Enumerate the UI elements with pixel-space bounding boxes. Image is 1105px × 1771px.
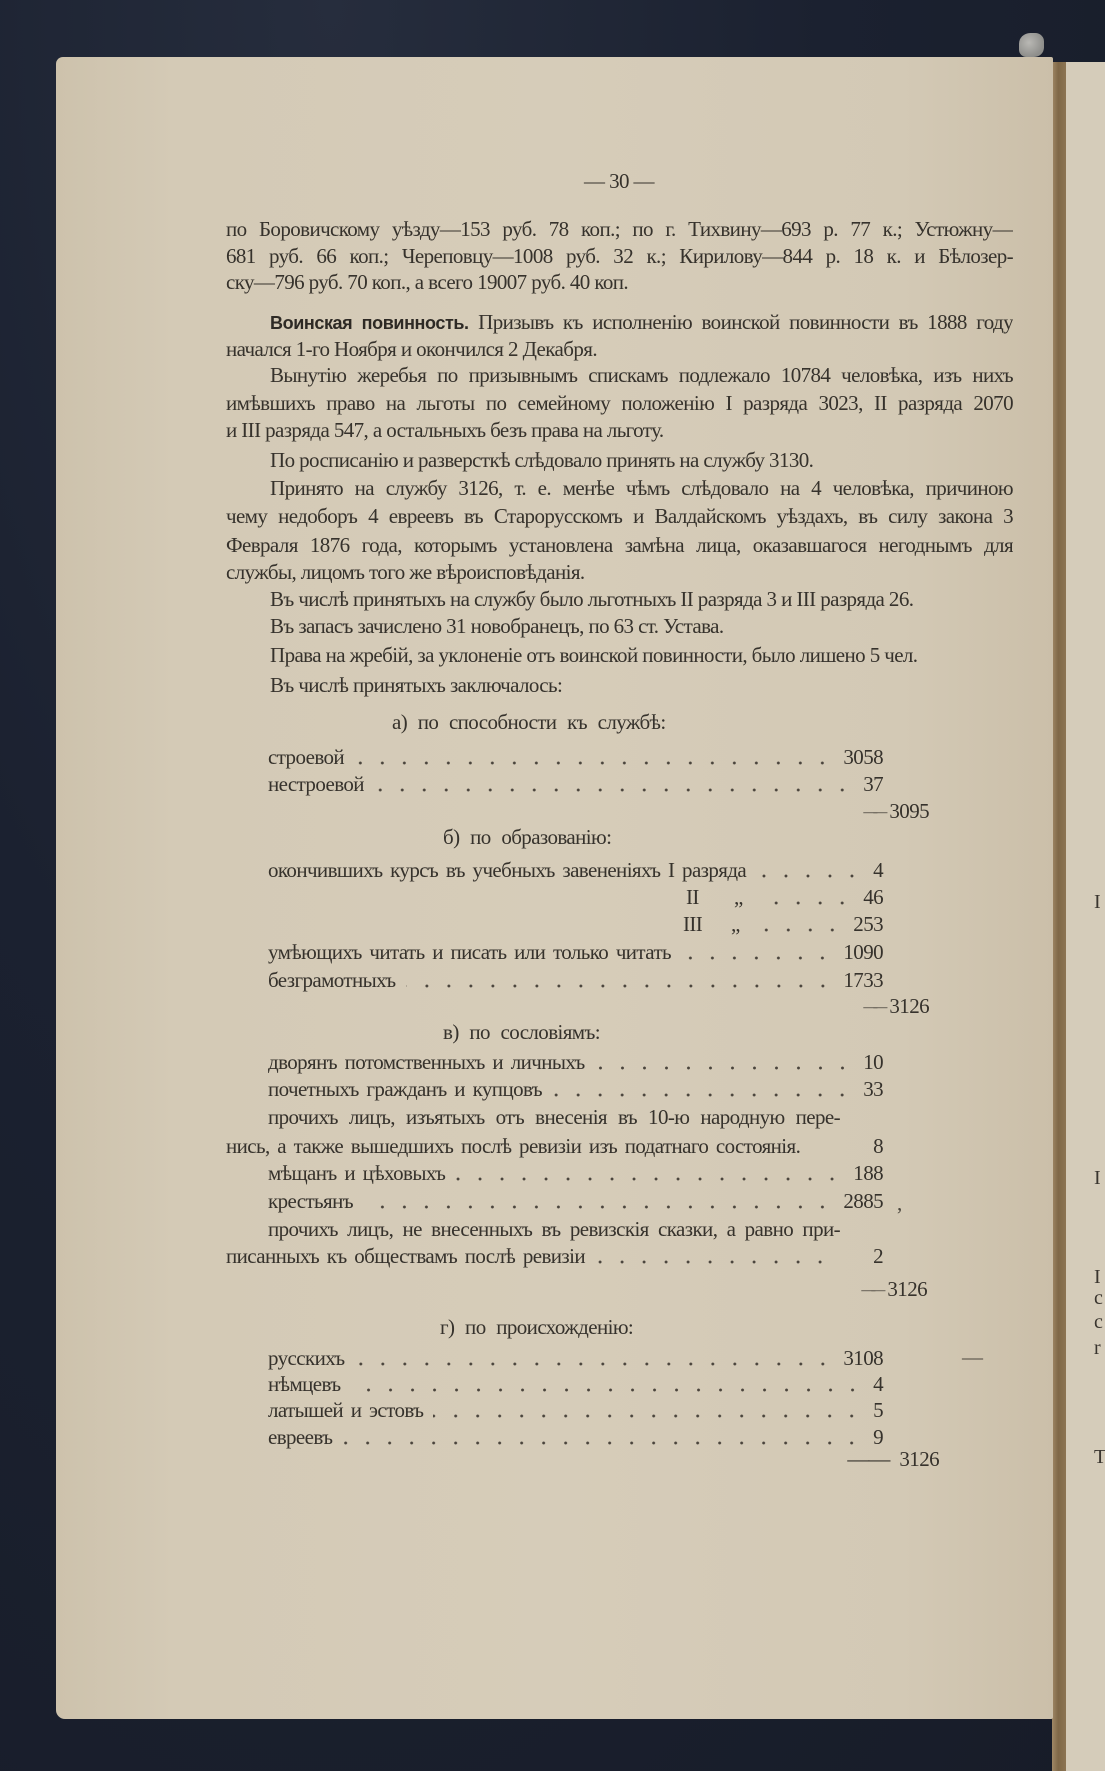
total-value: 3126 (899, 1447, 939, 1471)
row-value: 4 (873, 856, 883, 884)
row-value: 5 (873, 1396, 883, 1424)
table-row: нѣмцевъ 4 (268, 1370, 883, 1398)
ditto-mark: „ (731, 910, 751, 938)
total-value: 3126 (887, 1277, 927, 1301)
row-roman-numeral: II (686, 883, 734, 911)
table-row: безграмотныхъ 1733 (268, 966, 883, 994)
dot-leader (363, 1187, 835, 1215)
adjacent-page-fragment: r (1094, 1336, 1101, 1360)
page-number: — 30 — (569, 167, 669, 195)
table-row: писанныхъ къ обществамъ послѣ ревизіи 2 (226, 1242, 883, 1270)
section-total: ——3126 (847, 1445, 939, 1473)
paragraph-line: Права на жребій, за уклоненіе отъ воинск… (270, 641, 917, 669)
dot-leader (374, 770, 855, 798)
dot-leader (355, 1344, 836, 1372)
row-value: 2 (873, 1242, 883, 1270)
table-row: нестроевой 37 (268, 770, 883, 798)
row-value: 3058 (843, 743, 883, 771)
table-row: строевой 3058 (268, 743, 883, 771)
dot-leader (595, 1242, 833, 1270)
total-rule: —— (863, 799, 883, 827)
dot-leader (761, 910, 845, 938)
paragraph-line: По росписанію и разверсткѣ слѣдовало при… (270, 446, 813, 474)
total-rule: —— (861, 1277, 881, 1305)
table-row: латышей и эстовъ 5 (268, 1396, 883, 1424)
intro-line: ску—796 руб. 70 коп., а всего 19007 руб.… (226, 268, 628, 296)
table-row: русскихъ 3108 (268, 1344, 883, 1372)
paragraph-text: Призывъ къ исполненію воинской повинност… (478, 310, 1013, 334)
table-row: мѣщанъ и цѣховыхъ 188 (268, 1159, 883, 1187)
paragraph-line: и III разряда 547, а остальныхъ безъ пра… (226, 416, 664, 444)
row-label: умѣющихъ читать и писать или только чита… (268, 938, 671, 966)
row-value: 3108 (843, 1344, 883, 1372)
table-row: евреевъ 9 (268, 1423, 883, 1451)
row-value: 33 (863, 1075, 883, 1103)
adjacent-page-fragment: I (1094, 1166, 1101, 1190)
margin-mark-dash: — (962, 1343, 983, 1371)
total-value: 3126 (889, 994, 929, 1018)
row-value: 253 (853, 910, 883, 938)
row-value: 1733 (843, 966, 883, 994)
row-roman-numeral: III (683, 910, 731, 938)
row-value: 188 (853, 1159, 883, 1187)
table-row: крестьянъ 2885 (268, 1187, 883, 1215)
paragraph-line: имѣвшихъ право на льготы по семейному по… (226, 389, 1013, 417)
total-rule: —— (863, 994, 883, 1022)
total-rule: —— (847, 1445, 889, 1473)
dot-leader (756, 856, 865, 884)
total-value: 3095 (889, 799, 929, 823)
row-value: 4 (873, 1370, 883, 1398)
dot-leader (342, 1423, 865, 1451)
paragraph-line: Февраля 1876 года, которымъ установлена … (226, 531, 1013, 559)
section-title-estates: в) по сословіямъ: (443, 1018, 600, 1046)
row-label: крестьянъ (268, 1187, 353, 1215)
section-total: ——3126 (863, 992, 929, 1020)
table-row: II „ 46 (686, 883, 883, 911)
dot-leader (681, 938, 835, 966)
row-label: безграмотныхъ (268, 966, 396, 994)
table-row: окончившихъ курсъ въ учебныхъ завененіях… (268, 856, 883, 884)
table-row: умѣющихъ читать и писать или только чита… (268, 938, 883, 966)
book-gutter (1052, 62, 1066, 1771)
conscription-first-line: Воинская повинность. Призывъ къ исполнен… (270, 308, 1013, 336)
row-label: нестроевой (268, 770, 364, 798)
dot-leader (764, 883, 855, 911)
paragraph-line: Въ числѣ принятыхъ на службу было льготн… (270, 585, 913, 613)
row-label: дворянъ потомственныхъ и личныхъ (268, 1048, 585, 1076)
paragraph-line: чему недоборъ 4 евреевъ въ Старорусскомъ… (226, 502, 1013, 530)
row-label: окончившихъ курсъ въ учебныхъ завененіях… (268, 856, 746, 884)
paragraph-line: Принято на службу 3126, т. е. менѣе чѣмъ… (270, 474, 1013, 502)
row-value: 10 (863, 1048, 883, 1076)
section-title-origin: г) по происхожденію: (440, 1313, 633, 1341)
row-label-line: прочихъ лицъ, не внесенныхъ въ ревизскія… (268, 1215, 840, 1243)
dot-leader (406, 966, 836, 994)
paragraph-line: Въ числѣ принятыхъ заключалось: (270, 671, 562, 699)
row-label: мѣщанъ и цѣховыхъ (268, 1159, 445, 1187)
adjacent-page (1066, 62, 1105, 1771)
intro-line: 681 руб. 66 коп.; Череповцу—1008 руб. 32… (226, 242, 1013, 270)
table-row: нись, а также вышедшихъ послѣ ревизіи из… (226, 1132, 883, 1160)
dot-leader (455, 1159, 845, 1187)
section-total: ——3095 (863, 797, 929, 825)
row-label: писанныхъ къ обществамъ послѣ ревизіи (226, 1242, 585, 1270)
row-value: 8 (873, 1132, 883, 1160)
row-label: латышей и эстовъ (268, 1396, 423, 1424)
paragraph-line: Въ запасъ зачислено 31 новобранецъ, по 6… (270, 612, 724, 640)
dot-leader (354, 743, 835, 771)
dot-leader (433, 1396, 865, 1424)
row-label-line: прочихъ лицъ, изъятыхъ отъ внесенія въ 1… (268, 1103, 840, 1131)
paragraph-line: начался 1-го Ноября и окончился 2 Декабр… (226, 335, 597, 363)
row-value: 1090 (843, 938, 883, 966)
ditto-mark: „ (734, 883, 754, 911)
section-title-education: б) по образованію: (443, 823, 611, 851)
adjacent-page-fragment: c (1094, 1286, 1103, 1310)
adjacent-page-fragment: T (1094, 1445, 1105, 1469)
dot-leader (552, 1075, 855, 1103)
row-label: нѣмцевъ (268, 1370, 341, 1398)
row-label: строевой (268, 743, 344, 771)
row-label: русскихъ (268, 1344, 345, 1372)
table-row: III „ 253 (683, 910, 883, 938)
margin-mark-comma: , (897, 1189, 902, 1217)
row-label: евреевъ (268, 1423, 332, 1451)
table-row: почетныхъ гражданъ и купцовъ 33 (268, 1075, 883, 1103)
section-heading: Воинская повинность. (270, 313, 469, 333)
paragraph-line: службы, лицомъ того же вѣроисповѣданія. (226, 558, 585, 586)
adjacent-page-fragment: c (1094, 1310, 1103, 1334)
section-total: ——3126 (861, 1275, 927, 1303)
row-value: 2885 (843, 1187, 883, 1215)
adjacent-page-fragment: I (1094, 890, 1101, 914)
scan-debris (1019, 33, 1044, 57)
row-value: 46 (863, 883, 883, 911)
dot-leader (595, 1048, 855, 1076)
paragraph-line: Вынутію жеребья по призывнымъ спискамъ п… (270, 361, 1013, 389)
row-value: 37 (863, 770, 883, 798)
row-label: нись, а также вышедшихъ послѣ ревизіи из… (226, 1132, 800, 1160)
section-title-fitness: а) по способности къ службѣ: (392, 708, 666, 736)
table-row: дворянъ потомственныхъ и личныхъ 10 (268, 1048, 883, 1076)
dot-leader (351, 1370, 866, 1398)
intro-line: по Боровичскому уѣзду—153 руб. 78 коп.; … (226, 215, 1013, 243)
row-label: почетныхъ гражданъ и купцовъ (268, 1075, 542, 1103)
